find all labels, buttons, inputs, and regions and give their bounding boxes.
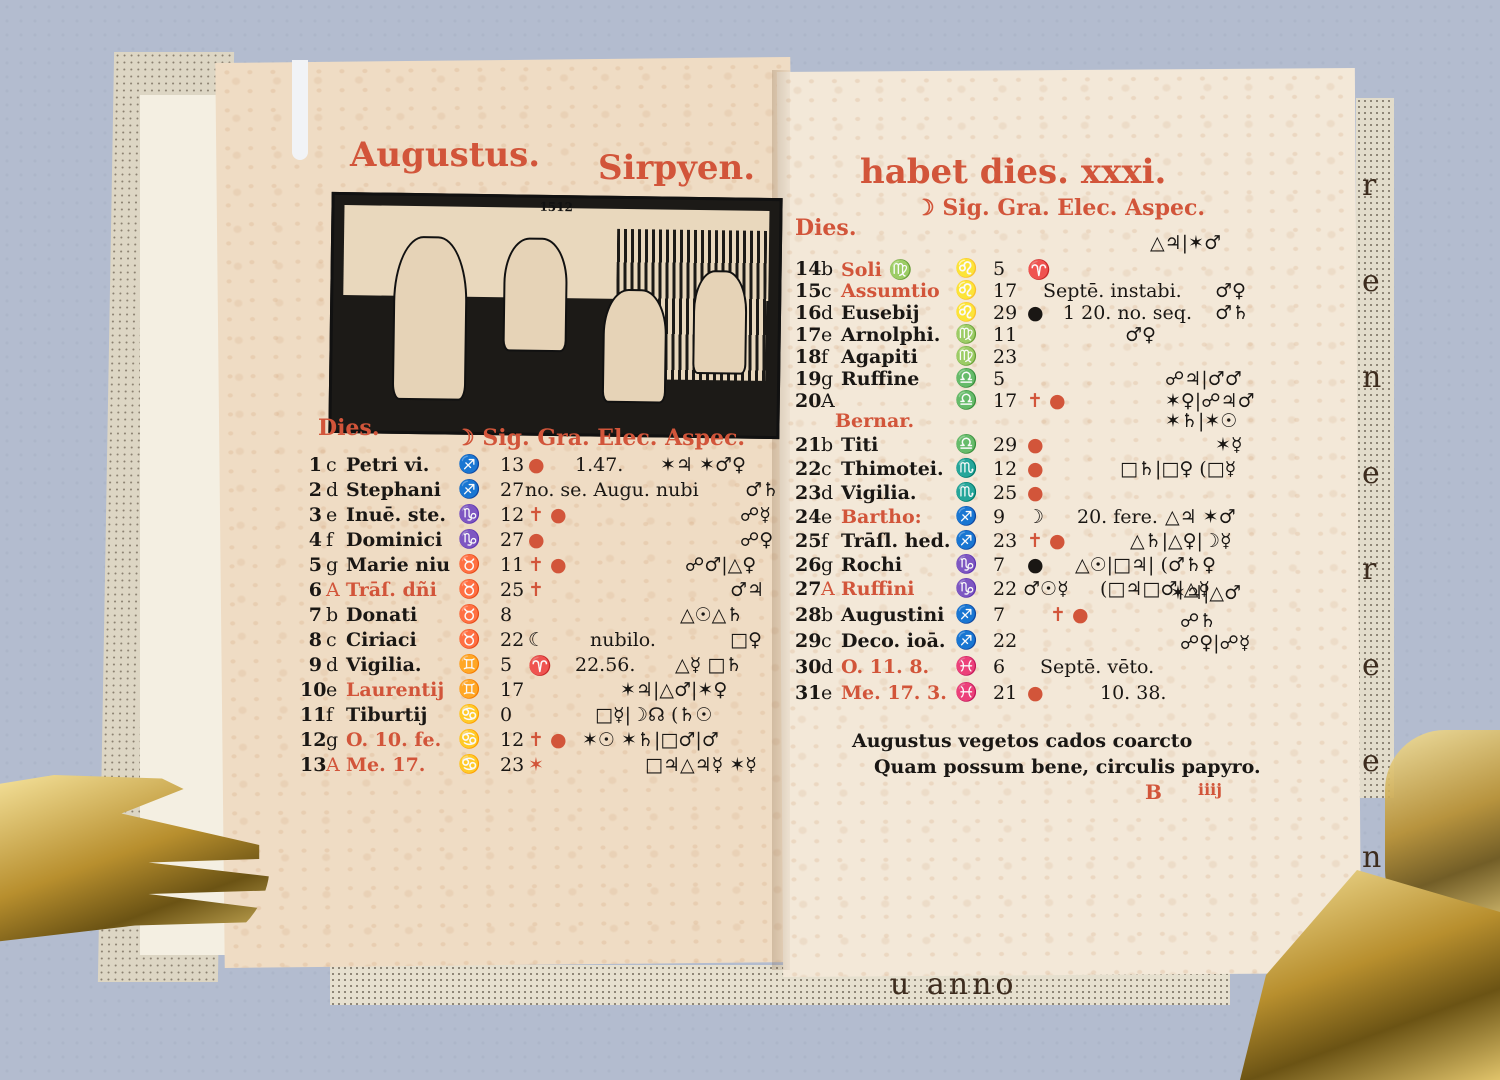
woodcut-year: 1512 — [539, 200, 573, 214]
photo-scene: r e n e r e e n u anno Augustus. Sirpyen… — [0, 0, 1500, 1080]
calendar-table-left: 1cPetri vi.♐13●1.47.✶♃ ✶♂♀ 2dStephani♐27… — [300, 454, 780, 814]
calendar-table-right: 14bSoli ♍♌5♈ 15cAssumtio♌17Septē. instab… — [795, 258, 1275, 728]
woodcut-figure-seated-man — [502, 237, 568, 352]
woodcut-figure-reaper — [602, 289, 668, 404]
woodcut-figure-woman — [392, 236, 468, 401]
days-column-header-right: Dies. — [795, 215, 856, 241]
columns-header-right: ☽ Sig. Gra. Elec. Aspec. — [915, 195, 1205, 221]
verse-line-1: Augustus vegetos cados coarcto — [852, 730, 1192, 752]
book-cover-right-edge: r e n e r e e n — [1356, 98, 1394, 798]
columns-header: ☽ Sig. Gra. Elec. Aspec. — [455, 425, 745, 451]
wax-drip — [292, 60, 308, 160]
days-column-header: Dies. — [318, 415, 379, 441]
vernacular-heading: Sirpyen. — [598, 148, 755, 188]
days-count-heading: habet dies. xxxi. — [860, 152, 1166, 192]
woodcut-figure-bending — [692, 270, 747, 375]
harvest-woodcut-illustration: 1512 — [328, 192, 782, 439]
signature-number: iiij — [1198, 780, 1222, 799]
top-aspect: △♃|✶♂ — [1150, 232, 1221, 254]
verse-line-2: Quam possum bene, circulis papyro. — [874, 756, 1261, 778]
month-heading: Augustus. — [350, 135, 540, 175]
signature-letter: B — [1145, 780, 1162, 804]
